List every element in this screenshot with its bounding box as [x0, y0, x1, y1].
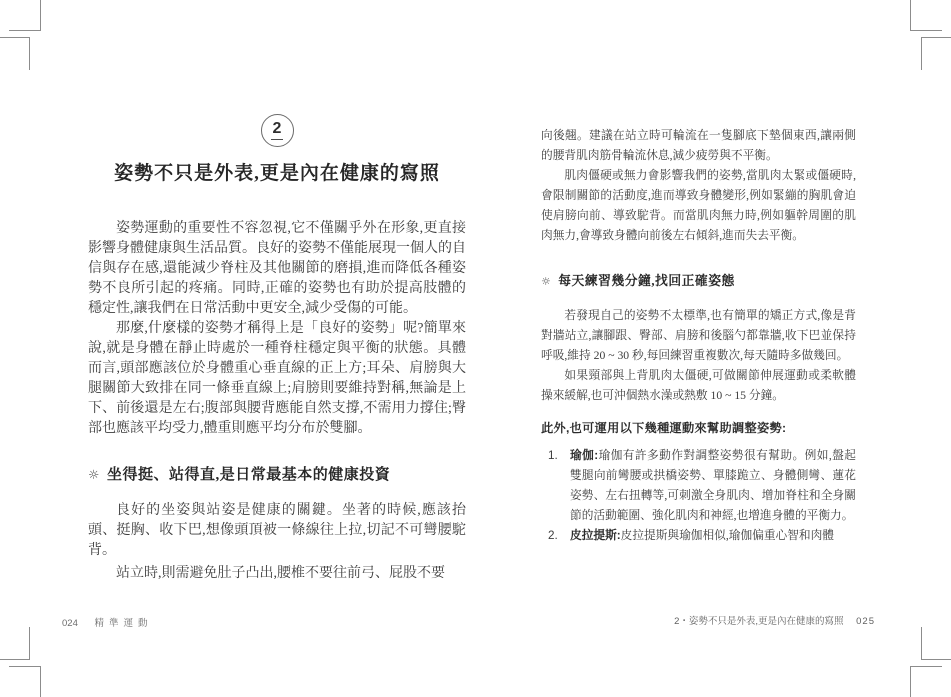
section-heading-text: 坐得挺、站得直,是日常最基本的健康投資: [107, 465, 390, 485]
body-paragraph: 那麼,什麼樣的姿勢才稱得上是「良好的姿勢」呢?簡單來說,就是身體在靜止時處於一種…: [88, 319, 466, 439]
right-page-column: 向後翹。建議在站立時可輪流在一隻腳底下墊個東西,讓兩側的腰背肌肉筋骨輪流休息,減…: [541, 126, 856, 546]
section-heading-text: 每天練習幾分鐘,找回正確姿態: [558, 271, 735, 291]
body-paragraph-continuation: 向後翹。建議在站立時可輪流在一隻腳底下墊個東西,讓兩側的腰背肌肉筋骨輪流休息,減…: [541, 126, 856, 166]
sun-icon: ☼: [541, 272, 551, 292]
trim-mark-top-left: [0, 0, 70, 70]
book-spread: 2 姿勢不只是外表,更是內在健康的寫照 姿勢運動的重要性不容忽視,它不僅關乎外在…: [0, 0, 951, 697]
list-term: 瑜伽:: [570, 449, 598, 462]
section-heading: ☼ 每天練習幾分鐘,找回正確姿態: [541, 271, 856, 292]
list-intro: 此外,也可運用以下幾種運動來幫助調整姿勢:: [541, 418, 856, 438]
book-title: 精準運動: [95, 618, 153, 629]
section-heading: ☼ 坐得挺、站得直,是日常最基本的健康投資: [88, 465, 466, 486]
body-paragraph: 肌肉僵硬或無力會影響我們的姿勢,當肌肉太緊或僵硬時,會限制關節的活動度,進而導致…: [541, 166, 856, 246]
list-text: 瑜伽有許多動作對調整姿勢很有幫助。例如,盤起雙腿向前彎腰或拱橋姿勢、單膝跪立、身…: [570, 449, 856, 522]
left-page-column: 2 姿勢不只是外表,更是內在健康的寫照 姿勢運動的重要性不容忽視,它不僅關乎外在…: [88, 114, 466, 584]
trim-mark-bottom-left: [0, 627, 70, 697]
body-paragraph: 良好的坐姿與站姿是健康的關鍵。坐著的時候,應該抬頭、挺胸、收下巴,想像頭頂被一條…: [88, 501, 466, 561]
chapter-number: 2: [271, 121, 284, 140]
list-number: 2.: [548, 526, 558, 546]
body-paragraph: 若發現自己的姿勢不太標準,也有簡單的矯正方式,像是背對牆站立,讓腳跟、臀部、肩膀…: [541, 306, 856, 366]
body-paragraph: 如果頸部與上背肌肉太僵硬,可做關節伸展運動或柔軟體操來緩解,也可沖個熱水澡或熱敷…: [541, 366, 856, 406]
list-item: 1. 瑜伽:瑜伽有許多動作對調整姿勢很有幫助。例如,盤起雙腿向前彎腰或拱橋姿勢、…: [541, 446, 856, 526]
page-number: 025: [856, 616, 875, 627]
list-number: 1.: [548, 446, 558, 466]
chapter-label: 2・姿勢不只是外表,更是內在健康的寫照: [674, 616, 843, 627]
chapter-number-badge: 2: [261, 114, 294, 147]
trim-mark-top-right: [881, 0, 951, 70]
left-page-footer: 024 精準運動: [62, 615, 153, 629]
body-paragraph: 姿勢運動的重要性不容忽視,它不僅關乎外在形象,更直接影響身體健康與生活品質。良好…: [88, 219, 466, 319]
trim-mark-bottom-right: [881, 627, 951, 697]
list-term: 皮拉提斯:: [570, 529, 621, 542]
chapter-title: 姿勢不只是外表,更是內在健康的寫照: [88, 162, 466, 186]
page-number: 024: [62, 618, 78, 629]
exercise-list: 1. 瑜伽:瑜伽有許多動作對調整姿勢很有幫助。例如,盤起雙腿向前彎腰或拱橋姿勢、…: [541, 446, 856, 546]
list-text: 皮拉提斯與瑜伽相似,瑜伽偏重心智和肉體: [621, 529, 834, 542]
body-paragraph: 站立時,則需避免肚子凸出,腰椎不要往前弓、屁股不要: [88, 564, 466, 584]
list-item: 2. 皮拉提斯:皮拉提斯與瑜伽相似,瑜伽偏重心智和肉體: [541, 526, 856, 546]
sun-icon: ☼: [88, 466, 100, 486]
right-page-footer: 2・姿勢不只是外表,更是內在健康的寫照 025: [674, 613, 875, 627]
